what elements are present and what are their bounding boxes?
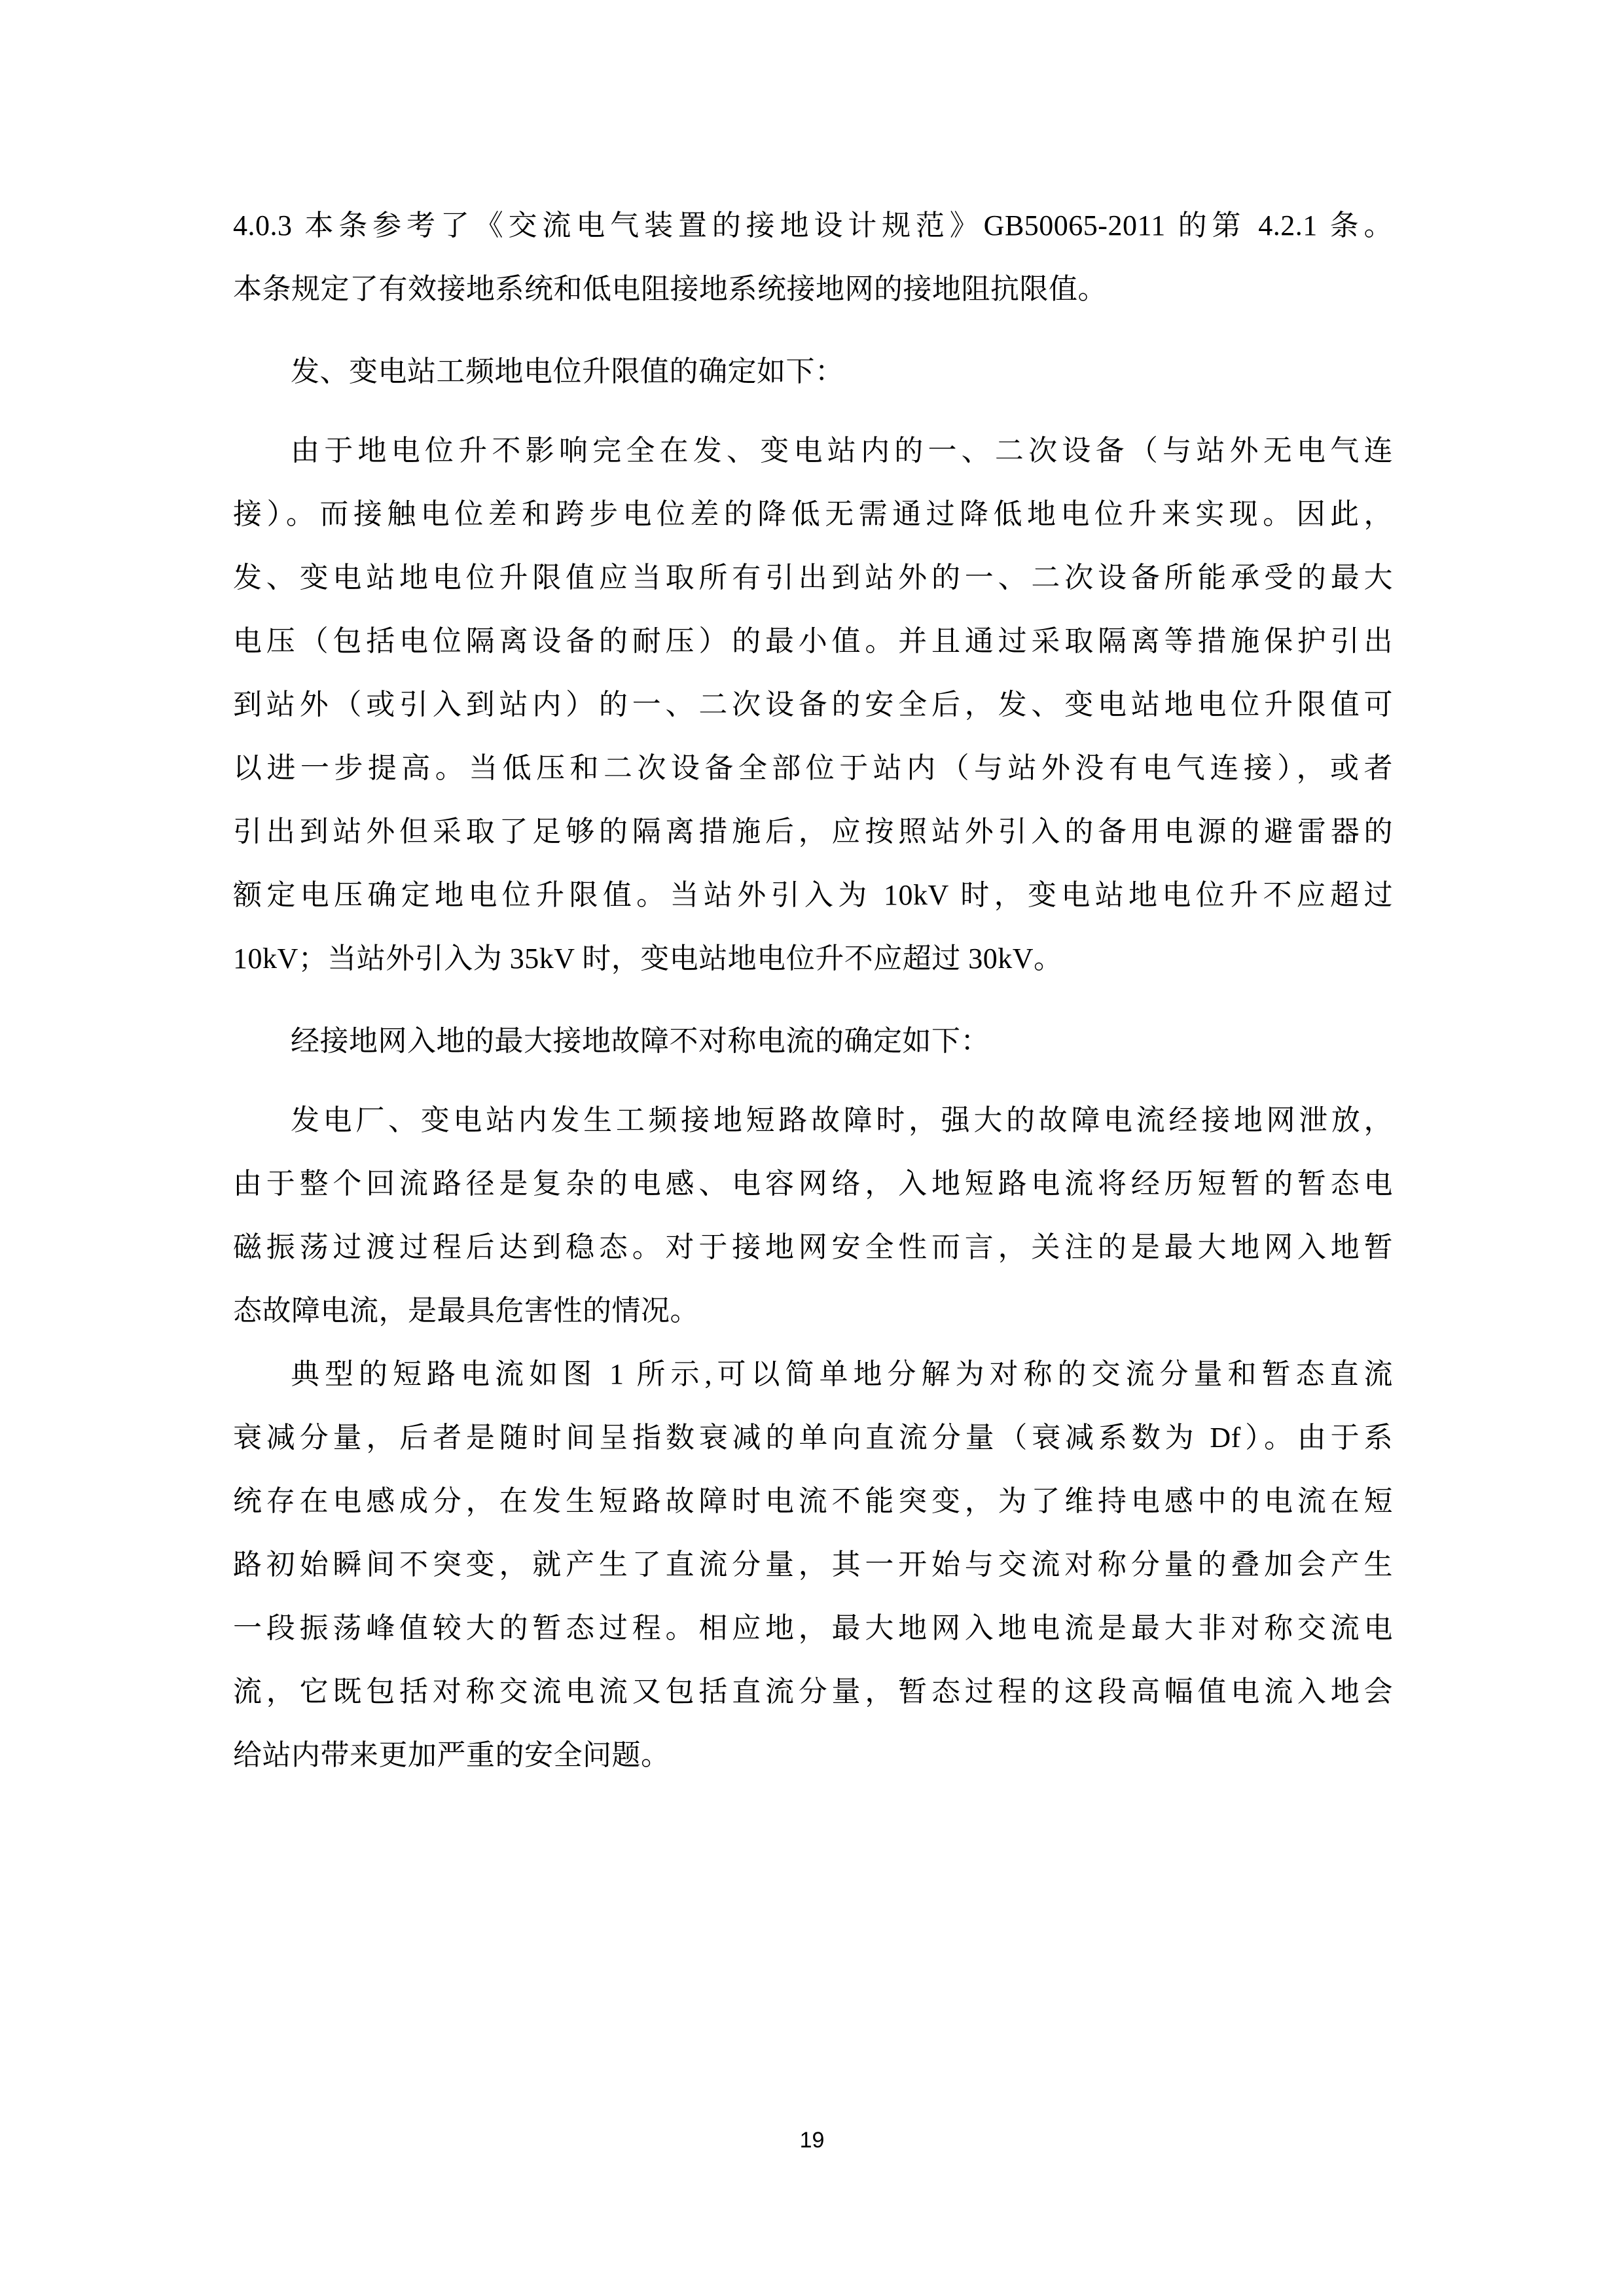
page-number: 19 — [800, 2126, 825, 2155]
paragraph-3: 由于地电位升不影响完全在发、变电站内的一、二次设备（与站外无电气连 接）。而接触… — [233, 419, 1393, 990]
text-line: 引出到站外但采取了足够的隔离措施后，应按照站外引入的备用电源的避雷器的 — [233, 800, 1393, 863]
page-footer: 19 — [0, 2126, 1624, 2155]
paragraph-4: 经接地网入地的最大接地故障不对称电流的确定如下： — [233, 1009, 1393, 1073]
text-line: 本条规定了有效接地系统和低电阻接地系统接地网的接地阻抗限值。 — [233, 257, 1393, 321]
paragraph-2: 发、变电站工频地电位升限值的确定如下： — [233, 340, 1393, 403]
paragraph-1: 4.0.3 本条参考了《交流电气装置的接地设计规范》GB50065-2011 的… — [233, 194, 1393, 321]
text-line: 发、变电站工频地电位升限值的确定如下： — [233, 340, 1393, 403]
text-line: 4.0.3 本条参考了《交流电气装置的接地设计规范》GB50065-2011 的… — [233, 194, 1393, 257]
text-line: 态故障电流，是最具危害性的情况。 — [233, 1279, 1393, 1342]
paragraph-6: 典型的短路电流如图 1 所示,可以简单地分解为对称的交流分量和暂态直流 衰减分量… — [233, 1342, 1393, 1787]
text-line: 到站外（或引入到站内）的一、二次设备的安全后，发、变电站地电位升限值可 — [233, 673, 1393, 736]
text-line: 由于整个回流路径是复杂的电感、电容网络，入地短路电流将经历短暂的暂态电 — [233, 1152, 1393, 1215]
text-line: 衰减分量，后者是随时间呈指数衰减的单向直流分量（衰减系数为 Df）。由于系 — [233, 1406, 1393, 1469]
text-line: 电压（包括电位隔离设备的耐压）的最小值。并且通过采取隔离等措施保护引出 — [233, 609, 1393, 673]
text-line: 磁振荡过渡过程后达到稳态。对于接地网安全性而言，关注的是最大地网入地暂 — [233, 1215, 1393, 1279]
text-line: 接）。而接触电位差和跨步电位差的降低无需通过降低地电位升来实现。因此， — [233, 482, 1393, 546]
text-line: 流，它既包括对称交流电流又包括直流分量，暂态过程的这段高幅值电流入地会 — [233, 1660, 1393, 1723]
text-line: 发、变电站地电位升限值应当取所有引出到站外的一、二次设备所能承受的最大 — [233, 546, 1393, 609]
paragraph-5: 发电厂、变电站内发生工频接地短路故障时，强大的故障电流经接地网泄放， 由于整个回… — [233, 1088, 1393, 1342]
text-line: 10kV；当站外引入为 35kV 时，变电站地电位升不应超过 30kV。 — [233, 927, 1393, 990]
text-line: 经接地网入地的最大接地故障不对称电流的确定如下： — [233, 1009, 1393, 1073]
text-line: 典型的短路电流如图 1 所示,可以简单地分解为对称的交流分量和暂态直流 — [233, 1342, 1393, 1406]
text-line: 由于地电位升不影响完全在发、变电站内的一、二次设备（与站外无电气连 — [233, 419, 1393, 482]
text-line: 额定电压确定地电位升限值。当站外引入为 10kV 时，变电站地电位升不应超过 — [233, 863, 1393, 927]
text-line: 给站内带来更加严重的安全问题。 — [233, 1723, 1393, 1787]
document-page: 4.0.3 本条参考了《交流电气装置的接地设计规范》GB50065-2011 的… — [0, 0, 1624, 2296]
text-line: 一段振荡峰值较大的暂态过程。相应地，最大地网入地电流是最大非对称交流电 — [233, 1596, 1393, 1660]
text-line: 发电厂、变电站内发生工频接地短路故障时，强大的故障电流经接地网泄放， — [233, 1088, 1393, 1152]
text-line: 统存在电感成分，在发生短路故障时电流不能突变，为了维持电感中的电流在短 — [233, 1469, 1393, 1533]
text-line: 以进一步提高。当低压和二次设备全部位于站内（与站外没有电气连接），或者 — [233, 736, 1393, 800]
text-line: 路初始瞬间不突变，就产生了直流分量，其一开始与交流对称分量的叠加会产生 — [233, 1533, 1393, 1596]
document-body: 4.0.3 本条参考了《交流电气装置的接地设计规范》GB50065-2011 的… — [233, 194, 1393, 1787]
